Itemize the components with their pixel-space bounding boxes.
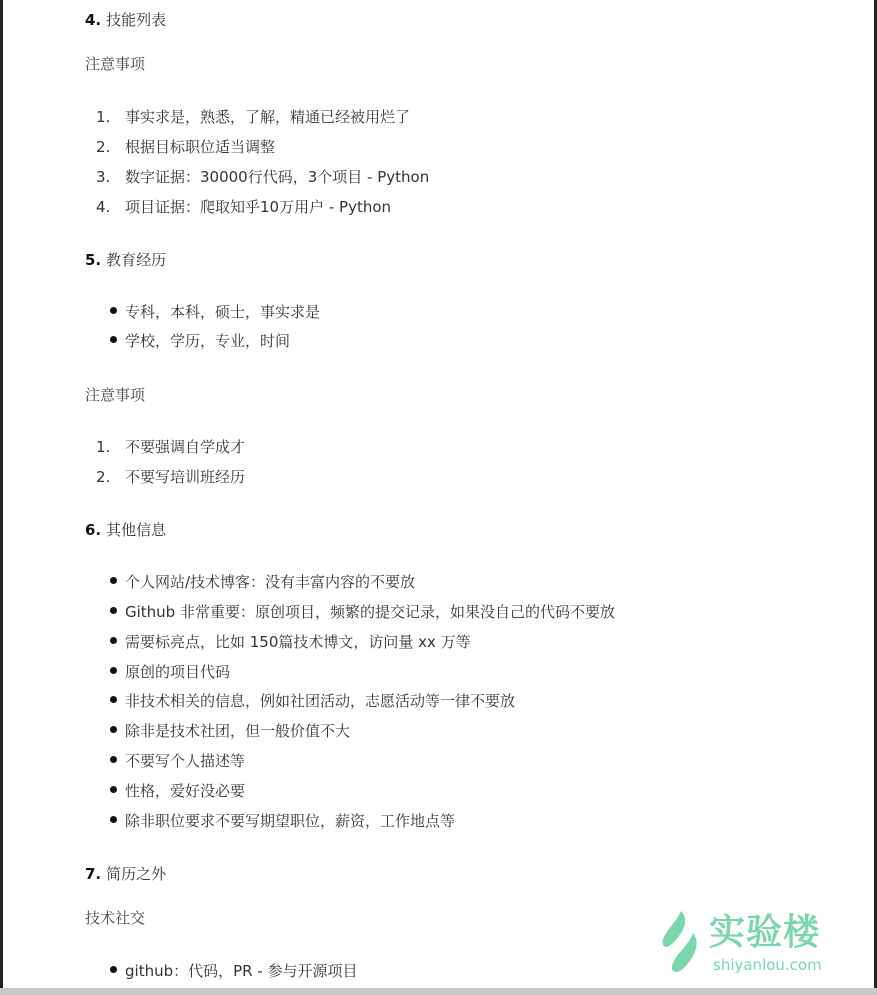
note-label: 注意事项: [85, 54, 145, 74]
section-heading-other-info: 6.其他信息: [85, 520, 166, 540]
sub-label: 技术社交: [85, 908, 145, 928]
list-item: 2.根据目标职位适当调整: [96, 137, 275, 157]
bullet-icon: [110, 786, 117, 793]
list-item: 个人网站/技术博客：没有丰富内容的不要放: [110, 572, 415, 592]
list-item: 学校，学历，专业，时间: [110, 331, 290, 351]
bullet-icon: [110, 966, 117, 973]
list-item: 1.事实求是，熟悉，了解，精通已经被用烂了: [96, 107, 410, 127]
bullet-icon: [110, 577, 117, 584]
bullet-icon: [110, 667, 117, 674]
bullet-icon: [110, 696, 117, 703]
window-left-border: [0, 0, 3, 988]
list-item: 1.不要强调自学成才: [96, 437, 245, 457]
note-label: 注意事项: [85, 385, 145, 405]
bullet-icon: [110, 607, 117, 614]
list-item: 专科，本科，硕士，事实求是: [110, 302, 320, 322]
list-item: 除非是技术社团，但一般价值不大: [110, 721, 350, 741]
list-item: Github 非常重要：原创项目，频繁的提交记录，如果没自己的代码不要放: [110, 602, 615, 622]
bullet-icon: [110, 336, 117, 343]
list-item: 4.项目证据：爬取知乎10万用户 - Python: [96, 197, 391, 217]
shiyanlou-logo-icon: [655, 909, 705, 975]
list-item: 不要写个人描述等: [110, 751, 245, 771]
list-item: github：代码，PR - 参与开源项目: [110, 961, 358, 981]
bottom-scrollbar-track[interactable]: [0, 988, 877, 995]
list-item: 需要标亮点，比如 150篇技术博文，访问量 xx 万等: [110, 632, 471, 652]
bullet-icon: [110, 637, 117, 644]
bullet-icon: [110, 816, 117, 823]
watermark-domain: shiyanlou.com: [713, 957, 822, 973]
list-item: 2.不要写培训班经历: [96, 467, 245, 487]
section-heading-education: 5.教育经历: [85, 250, 166, 270]
bullet-icon: [110, 307, 117, 314]
watermark-name: 实验楼: [709, 913, 820, 953]
section-heading-skills: 4.技能列表: [85, 10, 166, 30]
list-item: 除非职位要求不要写期望职位，薪资，工作地点等: [110, 811, 455, 831]
bullet-icon: [110, 726, 117, 733]
bullet-icon: [110, 756, 117, 763]
section-heading-beyond-resume: 7.简历之外: [85, 864, 166, 884]
list-item: 3.数字证据：30000行代码，3个项目 - Python: [96, 167, 429, 187]
list-item: 非技术相关的信息，例如社团活动，志愿活动等一律不要放: [110, 691, 515, 711]
shiyanlou-watermark: 实验楼 shiyanlou.com: [655, 905, 835, 980]
list-item: 原创的项目代码: [110, 662, 230, 682]
list-item: 性格，爱好没必要: [110, 781, 245, 801]
